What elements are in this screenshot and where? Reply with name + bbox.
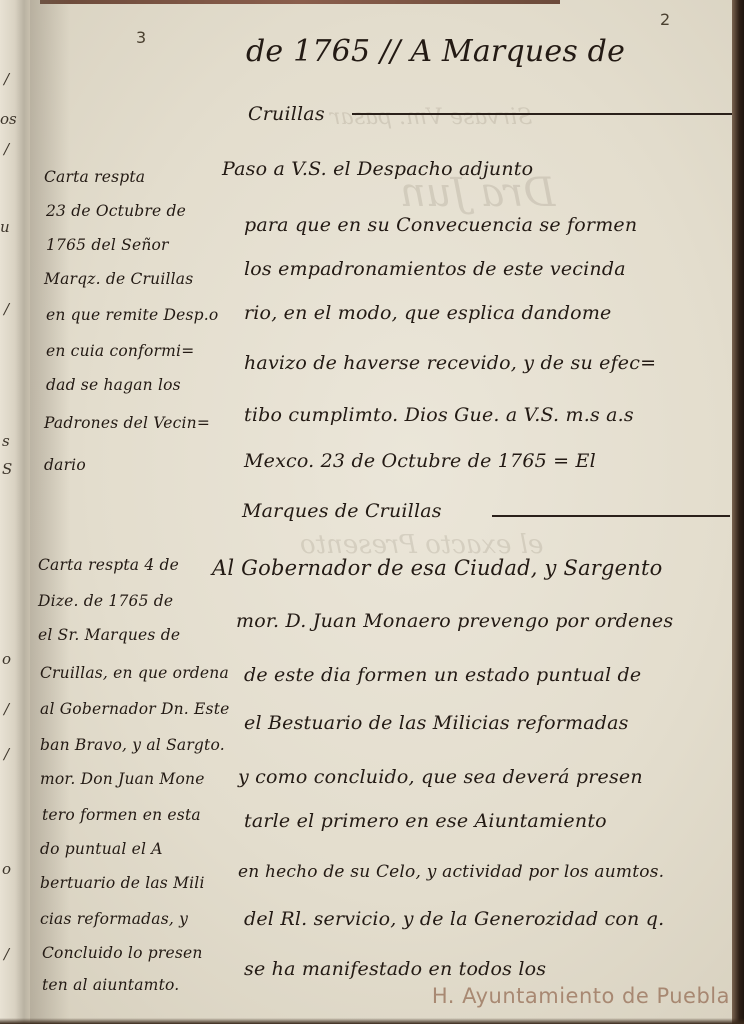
margin-note-line: Marqz. de Cruillas xyxy=(44,270,193,288)
body-line: Paso a V.S. el Despacho adjunto xyxy=(222,158,533,180)
book-binding-edge xyxy=(732,0,744,1024)
body-line: tarle el primero en ese Aiuntamiento xyxy=(244,810,607,832)
margin-note-line: Carta respta 4 de xyxy=(38,556,179,574)
body-line: el Bestuario de las Milicias reformadas xyxy=(244,712,629,734)
body-line: los empadronamientos de este vecinda xyxy=(244,258,626,280)
body-line: mor. D. Juan Monaero prevengo por ordene… xyxy=(236,610,673,632)
margin-note-line: Dize. de 1765 de xyxy=(38,592,173,610)
gutter-fragment: o xyxy=(2,650,11,668)
page-header: de 1765 // A Marques de xyxy=(246,34,625,69)
gutter-fragment: / xyxy=(4,945,9,963)
manuscript-page: Sirvase Vm. pasar Dra Jun el exacto Pres… xyxy=(0,0,744,1024)
gutter-fragment: os xyxy=(0,110,17,128)
bottom-page-edge xyxy=(0,1018,744,1024)
body-line: se ha manifestado en todos los xyxy=(244,958,546,980)
margin-note-line: do puntual el A xyxy=(40,840,163,858)
margin-note-line: 1765 del Señor xyxy=(46,236,169,254)
body-line: en hecho de su Celo, y actividad por los… xyxy=(238,862,664,882)
gutter-fragment: / xyxy=(4,300,9,318)
top-page-edge xyxy=(40,0,560,4)
margin-note-line: en que remite Desp.o xyxy=(46,306,218,324)
entry-title: Cruillas xyxy=(248,103,325,125)
page-number-right: 2 xyxy=(660,10,670,29)
margin-note-line: dario xyxy=(44,456,86,474)
body-line: y como concluido, que sea deverá presen xyxy=(238,766,643,788)
title-rule xyxy=(352,113,732,115)
margin-note-line: al Gobernador Dn. Este xyxy=(40,700,230,718)
body-line: Mexco. 23 de Octubre de 1765 = El xyxy=(244,450,596,472)
gutter-fragment: s xyxy=(2,432,10,450)
gutter-fragment: / xyxy=(4,70,9,88)
margin-note-line: Concluido lo presen xyxy=(42,944,203,962)
gutter-fragment: / xyxy=(4,700,9,718)
margin-note-line: el Sr. Marques de xyxy=(38,626,180,644)
body-line: rio, en el modo, que esplica dandome xyxy=(244,302,612,324)
margin-note-line: tero formen en esta xyxy=(42,806,201,824)
body-line: havizo de haverse recevido, y de su efec… xyxy=(244,352,656,374)
body-line: Al Gobernador de esa Ciudad, y Sargento xyxy=(212,556,663,580)
page-number-left: 3 xyxy=(136,28,146,47)
bleed-through-text: Sirvase Vm. pasar xyxy=(330,105,532,130)
margin-note-line: Carta respta xyxy=(44,168,145,186)
margin-note-line: ban Bravo, y al Sargto. xyxy=(40,736,225,754)
margin-note-line: Cruillas, en que ordena xyxy=(40,664,229,682)
gutter-fragment: u xyxy=(0,218,10,236)
margin-note-line: Padrones del Vecin= xyxy=(44,414,210,432)
margin-note-line: dad se hagan los xyxy=(46,376,181,394)
body-line: del Rl. servicio, y de la Generozidad co… xyxy=(244,908,664,930)
gutter-fragment: / xyxy=(4,140,9,158)
entry-title: Marques de Cruillas xyxy=(242,500,442,522)
margin-note-line: en cuia conformi= xyxy=(46,342,194,360)
archive-watermark: H. Ayuntamiento de Puebla xyxy=(432,984,730,1008)
gutter-fragment: S xyxy=(2,460,12,478)
body-line: para que en su Convecuencia se formen xyxy=(244,214,637,236)
gutter-fragment: / xyxy=(4,745,9,763)
title-rule xyxy=(492,515,730,517)
margin-note-line: ten al aiuntamto. xyxy=(42,976,179,994)
gutter-fragment: o xyxy=(2,860,11,878)
margin-note-line: mor. Don Juan Mone xyxy=(40,770,205,788)
margin-note-line: 23 de Octubre de xyxy=(46,202,186,220)
margin-note-line: bertuario de las Mili xyxy=(40,874,205,892)
body-line: tibo cumplimto. Dios Gue. a V.S. m.s a.s xyxy=(244,404,634,426)
margin-note-line: cias reformadas, y xyxy=(40,910,188,928)
gutter-shadow xyxy=(30,0,70,1024)
body-line: de este dia formen un estado puntual de xyxy=(244,664,641,686)
